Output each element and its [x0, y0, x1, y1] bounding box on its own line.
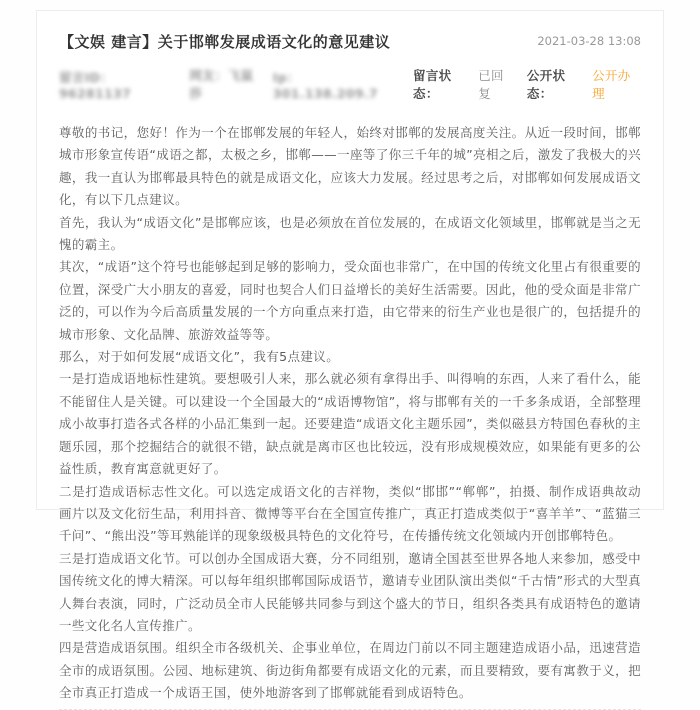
- body-paragraph-second: 其次，“成语”这个符号也能够起到足够的影响力，受众面也非常广，在中国的传统文化里…: [59, 256, 641, 346]
- title-row: 【文娱 建言】关于邯郸发展成语文化的意见建议 2021-03-28 13:08: [59, 31, 641, 52]
- message-detail-card: 【文娱 建言】关于邯郸发展成语文化的意见建议 2021-03-28 13:08 …: [36, 10, 664, 403]
- reply-status-value: 已回复: [478, 66, 515, 102]
- body-paragraph-intro: 那么，对于如何发展“成语文化”，我有5点建议。: [59, 346, 641, 368]
- public-status-label: 公开状态：: [527, 66, 588, 102]
- public-status-link[interactable]: 公开办理: [592, 66, 641, 102]
- message-user-redacted: 网友：飞鼠莎: [189, 66, 262, 102]
- message-ip-redacted: Ip：301.138.209.7: [273, 68, 399, 101]
- message-datetime: 2021-03-28 13:08: [537, 31, 641, 48]
- message-id-redacted: 留言ID：96281137: [59, 68, 179, 101]
- message-meta-row: 留言ID：96281137 网友：飞鼠莎 Ip：301.138.209.7 留言…: [59, 66, 641, 102]
- reply-status-label: 留言状态：: [413, 66, 474, 102]
- body-paragraph-first: 首先，我认为“成语文化”是邯郸应该，也是必须放在首位发展的，在成语文化领域里，邯…: [59, 212, 641, 257]
- body-paragraph-greeting: 尊敬的书记，您好！作为一个在邯郸发展的年轻人，始终对邯郸的发展高度关注。从近一段…: [59, 122, 641, 212]
- message-title: 【文娱 建言】关于邯郸发展成语文化的意见建议: [59, 31, 390, 52]
- message-body: 尊敬的书记，您好！作为一个在邯郸发展的年轻人，始终对邯郸的发展高度关注。从近一段…: [59, 122, 641, 403]
- body-paragraph-point-1: 一是打造成语地标性建筑。要想吸引人来，那么就必须有拿得出手、叫得响的东西，人来了…: [59, 368, 641, 403]
